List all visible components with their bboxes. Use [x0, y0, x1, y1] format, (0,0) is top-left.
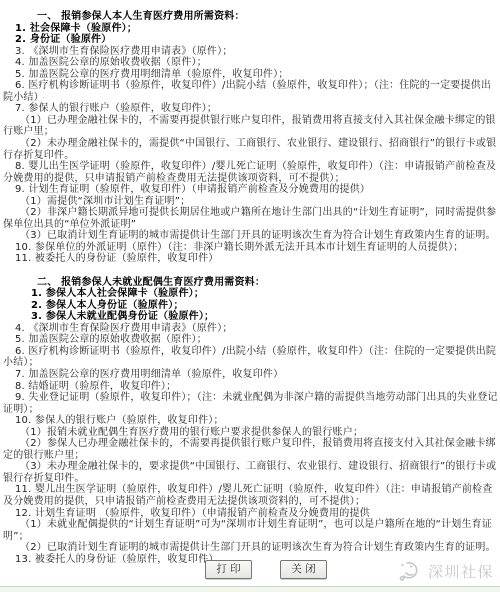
close-button[interactable]: 关 闭 — [280, 560, 327, 579]
doc-line: 3. 参保人未就业配偶身份证（验原件）； — [3, 311, 498, 323]
doc-line: 11. 被委托人的身份证（验原件，收复印件） — [3, 253, 498, 265]
section-gap — [3, 265, 498, 277]
watermark-brand-text: 深圳社保 — [428, 561, 494, 582]
doc-line: 一、 报销参保人本人生育医疗费用所需资料： — [3, 11, 498, 23]
doc-line: 10. 参保人的银行账户（验原件，收复印件）； — [3, 415, 498, 427]
doc-line: 8. 婴儿出生医学证明（验原件，收复印件）/婴儿死亡证明（验原件，收复印件）（注… — [3, 161, 498, 184]
document-body: 一、 报销参保人本人生育医疗费用所需资料：1. 社会保障卡（验原件）；2. 身份… — [3, 11, 498, 565]
doc-line: 3. 《深圳市生育保险医疗费用申请表》（原件）； — [3, 46, 498, 58]
doc-line: 2. 参保人本人身份证（验原件）； — [3, 300, 498, 312]
maternity-reimbursement-info-page: 一、 报销参保人本人生育医疗费用所需资料：1. 社会保障卡（验原件）；2. 身份… — [0, 0, 500, 592]
doc-line: 8. 结婚证明（验原件，收复印件）； — [3, 381, 498, 393]
doc-line: （2）未办理金融社保卡的，需提供“中国银行、工商银行、农业银行、建设银行、招商银… — [3, 138, 498, 161]
doc-line: 1. 社会保障卡（验原件）； — [3, 23, 498, 35]
print-button[interactable]: 打 印 — [205, 560, 252, 579]
doc-line: （1）需提供“深圳市计划生育证明”； — [3, 196, 498, 208]
doc-line: （3）未办理金融社保卡的，要求提供“中国银行、工商银行、农业银行、建设银行、招商… — [3, 461, 498, 484]
doc-line: （3）已取消计划生育证明的城市需提供计生部门开具的证明该次生育为符合计划生育政策… — [3, 230, 498, 242]
shenzhen-shebao-logo-icon — [399, 560, 425, 582]
doc-line: 9. 失业登记证明（验原件，收复印件）；（注：未就业配偶为非深户籍的需提供当地劳… — [3, 392, 498, 415]
doc-line: 5. 加盖医院公章的医疗费用明细清单（验原件，收复印件）； — [3, 69, 498, 81]
doc-line: （2）非深户籍长期派异地可提供长期居住地或户籍所在地计生部门出具的“计划生育证明… — [3, 207, 498, 230]
doc-line: （1）报销未就业配偶生育医疗费用的银行账户要求提供参保人的银行账户； — [3, 427, 498, 439]
doc-line: 2. 身份证（验原件） — [3, 34, 498, 46]
doc-line: （2）参保人已办理金融社保卡的，不需要再提供银行账户复印件，报销费用将直接支付入… — [3, 438, 498, 461]
doc-line: （1）未就业配偶提供的“计划生育证明”可为“深圳市计划生育证明”，也可以是户籍所… — [3, 519, 498, 542]
doc-line: （1）已办理金融社保卡的，不需要再提供银行账户复印件，报销费用将直接支付入其社保… — [3, 115, 498, 138]
bottom-divider — [0, 586, 500, 592]
doc-line: 6. 医疗机构诊断证明书（验原件，收复印件）/出院小结（验原件，收复印件）（注：… — [3, 346, 498, 369]
doc-line: 9. 计划生育证明（验原件，收复印件）（申请报销产前检查及分娩费用的提供） — [3, 184, 498, 196]
doc-line: 4. 《深圳市生育保险医疗费用申请表》（原件）； — [3, 323, 498, 335]
watermark: 深圳社保 — [399, 560, 494, 582]
doc-line: 5. 加盖医院公章的原始收费收据（原件）； — [3, 334, 498, 346]
doc-line: 4. 加盖医院公章的原始收费收据（原件）； — [3, 57, 498, 69]
doc-line: 1. 参保人本人社会保障卡（验原件）； — [3, 288, 498, 300]
doc-line: 7. 参保人的银行账户（验原件，收复印件）； — [3, 103, 498, 115]
doc-line: 10. 参保单位的外派证明（原件）（注：非深户籍长期外派无法开具本市计划生育证明… — [3, 242, 498, 254]
doc-line: 7. 加盖医院公章的医疗费用明细清单（验原件，收复印件） — [3, 369, 498, 381]
doc-line: 11. 婴儿出生医学证明（验原件，收复印件）/婴儿死亡证明（验原件，收复印件）（… — [3, 484, 498, 507]
doc-line: 6. 医疗机构诊断证明书（验原件，收复印件）/出院小结（验原件，收复印件）；（注… — [3, 80, 498, 103]
doc-line: （2）已取消计划生育证明的城市需提供计生部门开具的证明该次生育为符合计划生育政策… — [3, 542, 498, 554]
doc-line: 二、 报销参保人未就业配偶生育医疗费用需资料： — [3, 277, 498, 289]
doc-line: 12. 计划生育证明 （验原件，收复印件）（申请报销产前检查及分娩费用的提供 — [3, 508, 498, 520]
